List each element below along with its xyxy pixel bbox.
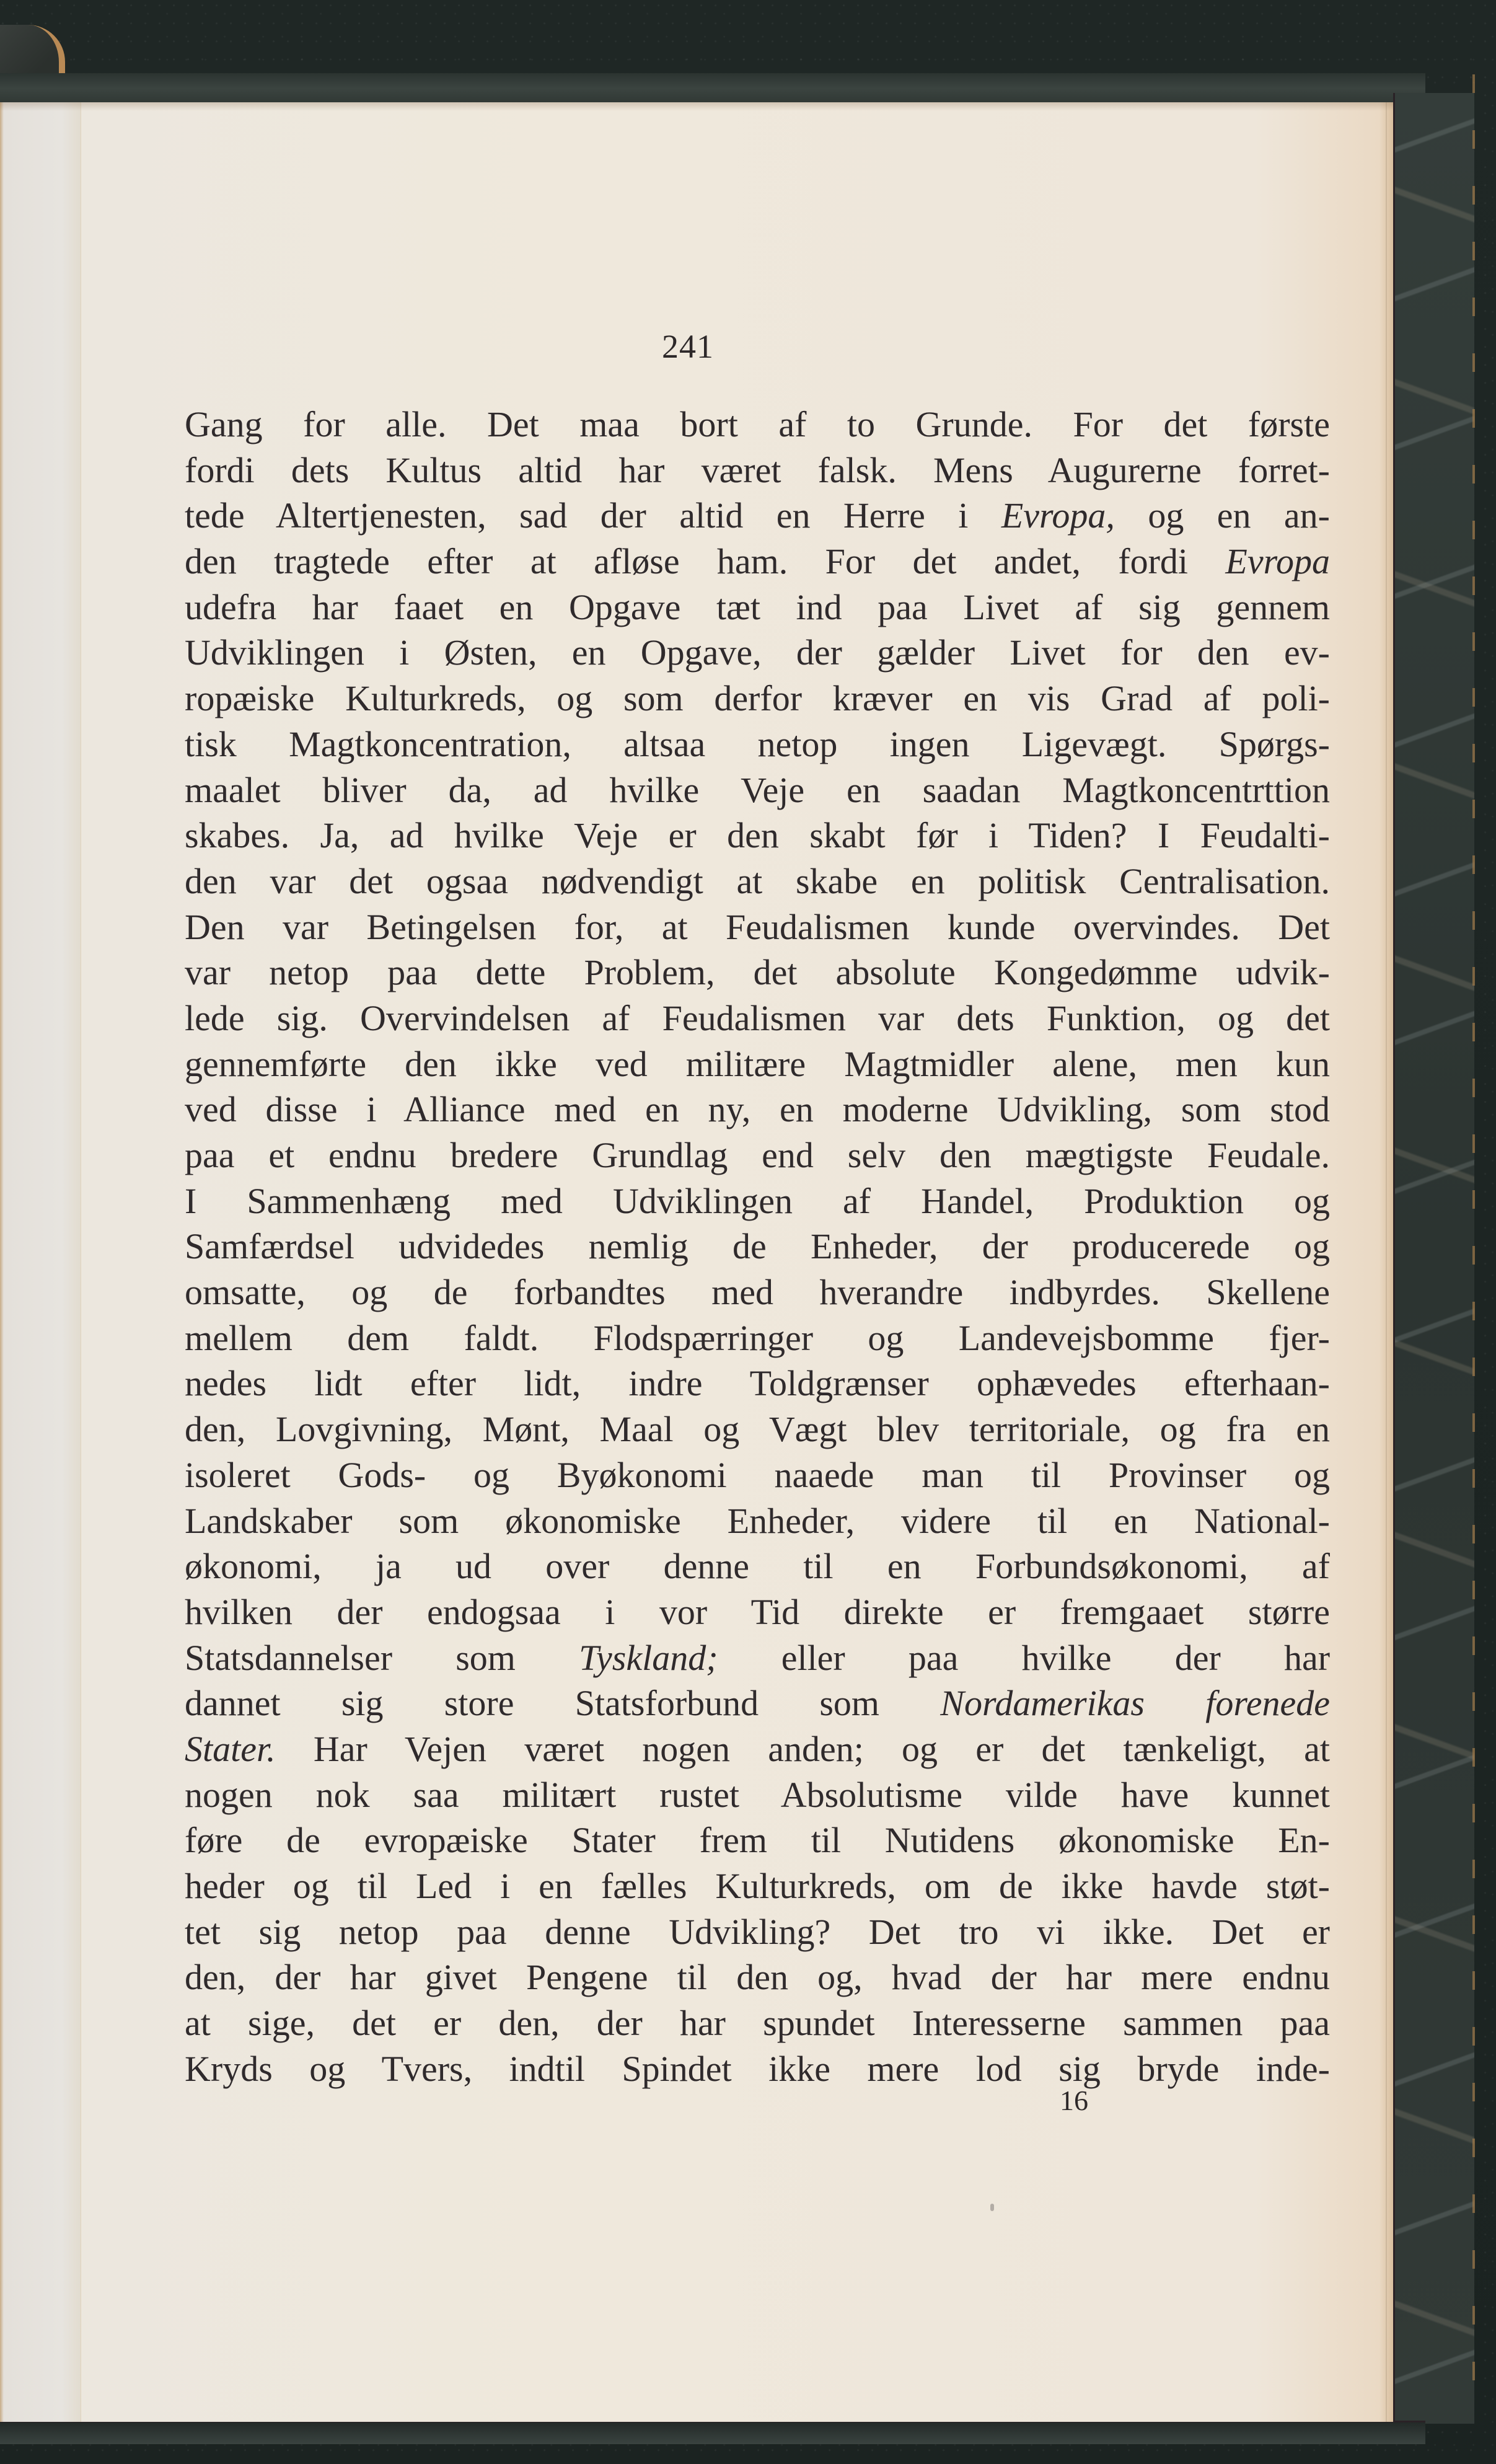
text-segment: den var det ogsaa nødvendigt at skabe en… (185, 861, 1330, 901)
text-segment: Landskaber som økonomiske Enheder, vider… (185, 1501, 1330, 1541)
page-edge (1386, 102, 1387, 2422)
text-segment: udefra har faaet en Opgave tæt ind paa L… (185, 587, 1330, 627)
text-line: Gang for alle. Det maa bort af to Grunde… (185, 402, 1330, 448)
text-segment: heder og til Led i en fælles Kulturkreds… (185, 1866, 1330, 1906)
page-gutter (0, 102, 81, 2422)
text-line: Udviklingen i Østen, en Opgave, der gæld… (185, 630, 1330, 676)
page-top-shadow (0, 102, 1393, 111)
text-segment: gennemførte den ikke ved militære Magtmi… (185, 1044, 1330, 1084)
text-segment: lede sig. Overvindelsen af Feudalismen v… (185, 998, 1330, 1038)
text-line: I Sammenhæng med Udviklingen af Handel, … (185, 1178, 1330, 1224)
text-line: tede Altertjenesten, sad der altid en He… (185, 493, 1330, 539)
text-line: heder og til Led i en fælles Kulturkreds… (185, 1863, 1330, 1909)
italic-text: Tyskland; (579, 1638, 718, 1678)
text-line: skabes. Ja, ad hvilke Veje er den skabt … (185, 813, 1330, 859)
text-line: at sige, det er den, der har spundet Int… (185, 2000, 1330, 2046)
page-number: 241 (657, 327, 719, 366)
text-segment: maalet bliver da, ad hvilke Veje en saad… (185, 770, 1330, 810)
text-segment: Gang for alle. Det maa bort af to Grunde… (185, 404, 1330, 444)
text-segment: skabes. Ja, ad hvilke Veje er den skabt … (185, 815, 1330, 855)
text-line: tisk Magtkoncentration, altsaa netop ing… (185, 722, 1330, 767)
italic-text: Stater. (185, 1729, 276, 1769)
text-segment: økonomi, ja ud over denne til en Forbund… (185, 1546, 1330, 1586)
text-segment: omsatte, og de forbandtes med hverandre … (185, 1272, 1330, 1312)
text-segment: tede Altertjenesten, sad der altid en He… (185, 495, 1001, 536)
text-line: mellem dem faldt. Flodspærringer og Land… (185, 1315, 1330, 1361)
text-line: ved disse i Alliance med en ny, en moder… (185, 1087, 1330, 1133)
text-line: ropæiske Kulturkreds, og som derfor kræv… (185, 676, 1330, 722)
text-line: gennemførte den ikke ved militære Magtmi… (185, 1041, 1330, 1087)
text-line: maalet bliver da, ad hvilke Veje en saad… (185, 767, 1330, 813)
text-line: den, Lovgivning, Mønt, Maal og Vægt blev… (185, 1406, 1330, 1452)
text-segment: Udviklingen i Østen, en Opgave, der gæld… (185, 632, 1330, 673)
text-segment: paa et endnu bredere Grundlag end selv d… (185, 1135, 1330, 1175)
text-line: dannet sig store Statsforbund som Nordam… (185, 1680, 1330, 1726)
signature-mark: 16 (1060, 2084, 1088, 2117)
text-segment: eller paa hvilke der har (718, 1638, 1330, 1678)
text-line: udefra har faaet en Opgave tæt ind paa L… (185, 585, 1330, 630)
text-line: omsatte, og de forbandtes med hverandre … (185, 1270, 1330, 1315)
text-line: Landskaber som økonomiske Enheder, vider… (185, 1498, 1330, 1544)
text-segment: var netop paa dette Problem, det absolut… (185, 952, 1330, 992)
text-line: økonomi, ja ud over denne til en Forbund… (185, 1543, 1330, 1589)
text-segment: isoleret Gods- og Byøkonomi naaede man t… (185, 1455, 1330, 1495)
text-line: var netop paa dette Problem, det absolut… (185, 950, 1330, 996)
text-segment: nogen nok saa militært rustet Absolutism… (185, 1775, 1330, 1815)
italic-text: Evropa, (1001, 495, 1115, 536)
text-segment: føre de evropæiske Stater frem til Nutid… (185, 1820, 1330, 1860)
text-segment: nedes lidt efter lidt, indre Toldgrænser… (185, 1363, 1330, 1403)
text-line: Kryds og Tvers, indtil Spindet ikke mere… (185, 2046, 1330, 2092)
text-line: nogen nok saa militært rustet Absolutism… (185, 1772, 1330, 1818)
cover-bottom-edge (0, 2421, 1425, 2444)
text-segment: ropæiske Kulturkreds, og som derfor kræv… (185, 678, 1330, 718)
text-segment: tet sig netop paa denne Udvikling? Det t… (185, 1912, 1330, 1952)
text-line: føre de evropæiske Stater frem til Nutid… (185, 1817, 1330, 1863)
text-line: paa et endnu bredere Grundlag end selv d… (185, 1133, 1330, 1178)
body-text: Gang for alle. Det maa bort af to Grunde… (185, 402, 1330, 2091)
italic-text: Nordamerikas forenede (940, 1683, 1330, 1723)
text-segment: Den var Betingelsen for, at Feudalismen … (185, 907, 1330, 947)
text-line: Statsdannelser som Tyskland; eller paa h… (185, 1635, 1330, 1681)
text-segment: Samfærdsel udvidedes nemlig de Enheder, … (185, 1226, 1330, 1266)
paper-blemish (990, 2204, 994, 2211)
italic-text: Evropa (1225, 541, 1330, 581)
text-segment: mellem dem faldt. Flodspærringer og Land… (185, 1318, 1330, 1358)
text-line: tet sig netop paa denne Udvikling? Det t… (185, 1909, 1330, 1955)
cover-worn-edge (1472, 74, 1475, 2418)
cover-marbled-edge (1393, 93, 1474, 2424)
text-segment: og en an- (1115, 495, 1330, 536)
text-line: Stater. Har Vejen været nogen anden; og … (185, 1726, 1330, 1772)
text-segment: Har Vejen været nogen anden; og er det t… (276, 1729, 1330, 1769)
text-segment: fordi dets Kultus altid har været falsk.… (185, 450, 1330, 490)
text-line: hvilken der endogsaa i vor Tid direkte e… (185, 1589, 1330, 1635)
text-segment: den tragtede efter at afløse ham. For de… (185, 541, 1225, 581)
text-line: nedes lidt efter lidt, indre Toldgrænser… (185, 1361, 1330, 1406)
text-line: lede sig. Overvindelsen af Feudalismen v… (185, 996, 1330, 1041)
text-segment: Kryds og Tvers, indtil Spindet ikke mere… (185, 2049, 1330, 2089)
text-segment: ved disse i Alliance med en ny, en moder… (185, 1089, 1330, 1129)
text-segment: tisk Magtkoncentration, altsaa netop ing… (185, 724, 1330, 764)
text-line: isoleret Gods- og Byøkonomi naaede man t… (185, 1452, 1330, 1498)
text-segment: dannet sig store Statsforbund som (185, 1683, 940, 1723)
text-segment: hvilken der endogsaa i vor Tid direkte e… (185, 1592, 1330, 1632)
text-segment: I Sammenhæng med Udviklingen af Handel, … (185, 1181, 1330, 1221)
text-line: den, der har givet Pengene til den og, h… (185, 1954, 1330, 2000)
text-segment: at sige, det er den, der har spundet Int… (185, 2003, 1330, 2043)
text-line: den tragtede efter at afløse ham. For de… (185, 539, 1330, 585)
text-line: fordi dets Kultus altid har været falsk.… (185, 448, 1330, 493)
text-segment: Statsdannelser som (185, 1638, 579, 1678)
text-segment: den, der har givet Pengene til den og, h… (185, 1957, 1330, 1997)
text-segment: den, Lovgivning, Mønt, Maal og Vægt blev… (185, 1409, 1330, 1449)
text-line: Den var Betingelsen for, at Feudalismen … (185, 904, 1330, 950)
text-line: den var det ogsaa nødvendigt at skabe en… (185, 859, 1330, 904)
text-line: Samfærdsel udvidedes nemlig de Enheder, … (185, 1224, 1330, 1270)
